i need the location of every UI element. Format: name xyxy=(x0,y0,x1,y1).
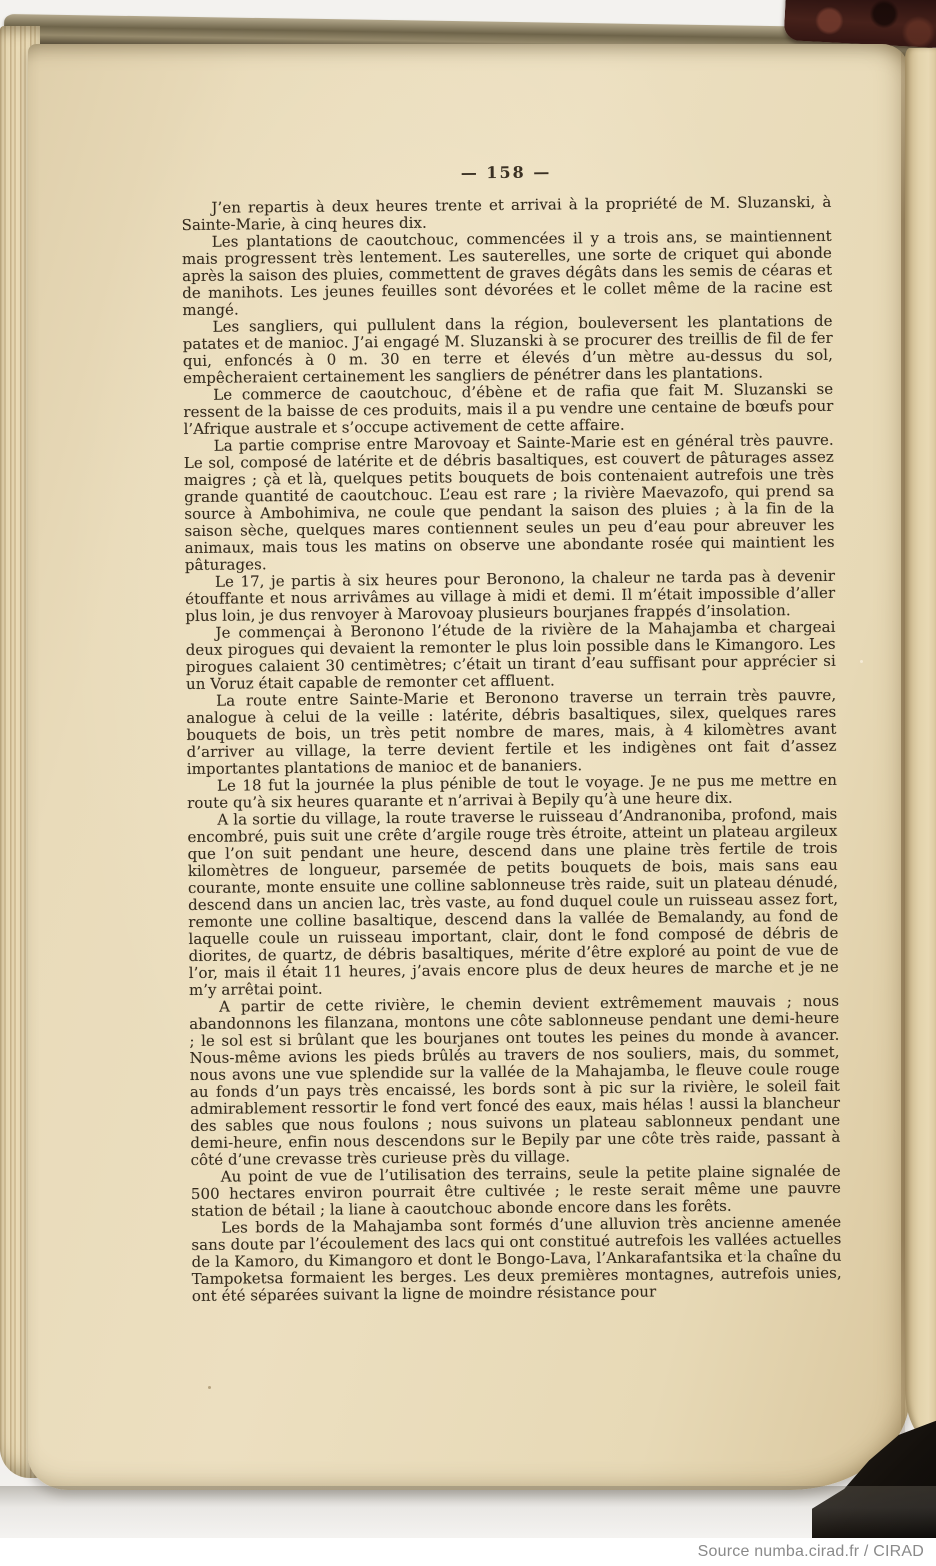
paper-speck xyxy=(638,468,640,470)
body-text: J’en repartis à deux heures trente et ar… xyxy=(181,194,842,1305)
page-content: — 158 — J’en repartis à deux heures tren… xyxy=(181,160,842,1305)
paragraph-2: Les plantations de caoutchouc, commencée… xyxy=(182,228,833,319)
scan-background: — 158 — J’en repartis à deux heures tren… xyxy=(0,0,936,1566)
paragraph-4: Le commerce de caoutchouc, d’ébène et de… xyxy=(183,381,833,438)
paragraph-11: A partir de cette rivière, le chemin dev… xyxy=(189,993,841,1169)
source-attribution: Source numba.cirad.fr / CIRAD xyxy=(698,1543,924,1561)
paragraph-13: Les bords de la Mahajamba sont formés d’… xyxy=(191,1214,842,1305)
paragraph-3: Les sangliers, qui pullulent dans la rég… xyxy=(182,313,833,387)
paper-speck xyxy=(860,660,863,663)
footer-bar: Source numba.cirad.fr / CIRAD xyxy=(0,1538,936,1566)
paper-speck xyxy=(208,1386,211,1389)
paragraph-10: A la sortie du village, la route travers… xyxy=(187,806,839,999)
paragraph-8: La route entre Sainte-Marie et Beronono … xyxy=(186,687,837,778)
book-spine-fragment xyxy=(783,0,936,48)
paragraph-6: Le 17, je partis à six heures pour Beron… xyxy=(185,568,835,625)
paper-speck xyxy=(744,1254,746,1256)
paragraph-12: Au point de vue de l’utilisation des ter… xyxy=(191,1163,841,1220)
paragraph-7: Je commençai à Beronono l’étude de la ri… xyxy=(185,619,836,693)
paragraph-5: La partie comprise entre Marovoay et Sai… xyxy=(184,432,835,574)
page-bottom-shadow xyxy=(0,1486,936,1540)
next-page-sliver xyxy=(905,48,936,1444)
